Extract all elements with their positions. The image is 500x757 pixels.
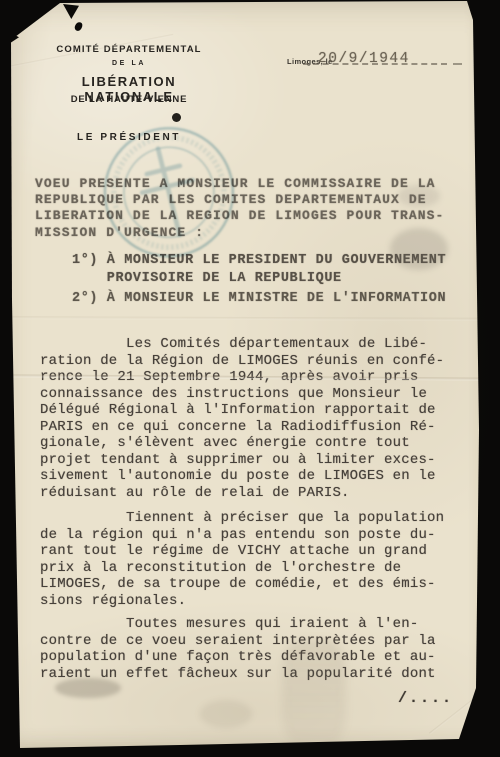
fold-crease <box>0 316 500 321</box>
lorraine-cross-icon <box>133 142 205 241</box>
ink-smudge <box>55 678 121 698</box>
addressee-item-2: 2°) À MONSIEUR LE MINISTRE DE L'INFORMAT… <box>72 291 446 306</box>
ink-smudge <box>398 185 440 207</box>
paper-tear <box>9 32 19 43</box>
document-page: COMITÉ DÉPARTEMENTAL DE LA LIBÉRATION NA… <box>0 0 500 757</box>
dateline-rule <box>303 63 447 65</box>
ink-smudge <box>390 228 448 270</box>
body-paragraph-3: Toutes mesures qui iraient à l'en- contr… <box>40 616 436 682</box>
ink-smudge <box>200 700 252 728</box>
letterhead-line-4: DE LA HAUTE-VIENNE <box>48 94 210 105</box>
photo-background: COMITÉ DÉPARTEMENTAL DE LA LIBÉRATION NA… <box>0 0 500 757</box>
page-continuation-mark: /.... <box>398 690 453 707</box>
letterhead-line-2: DE LA <box>48 60 210 67</box>
body-paragraph-2: Tiennent à préciser que la population de… <box>40 510 444 609</box>
body-paragraph-1: Les Comités départementaux de Libé- rati… <box>40 336 444 501</box>
dateline-rule-end <box>453 63 462 65</box>
ink-smudge <box>282 640 346 746</box>
